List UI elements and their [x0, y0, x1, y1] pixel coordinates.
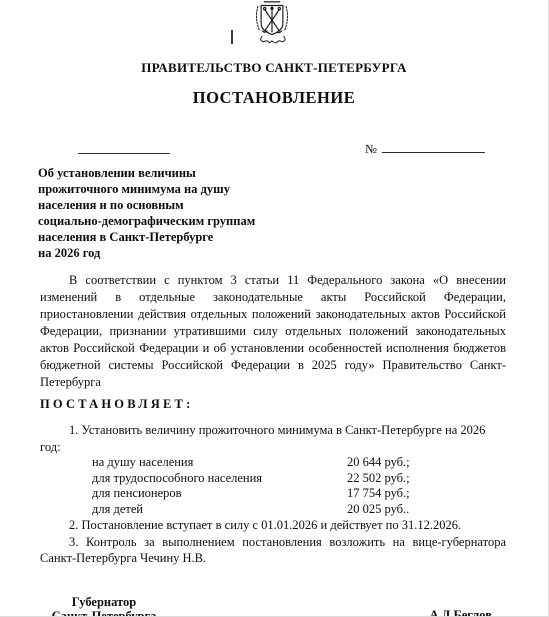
title-line: на 2026 год: [38, 245, 548, 261]
title-line: прожиточного минимума на душу: [38, 181, 548, 197]
item-1: 1. Установить величину прожиточного мини…: [40, 422, 506, 455]
resolves-heading: ПОСТАНОВЛЯЕТ:: [40, 397, 548, 412]
value-amount: 20 025 руб..: [347, 502, 409, 518]
number-group: №: [365, 140, 485, 157]
value-amount: 22 502 руб.;: [347, 471, 410, 487]
text-cursor-icon: [231, 30, 233, 44]
date-number-row: №: [0, 140, 548, 156]
minimum-value-row: для пенсионеров 17 754 руб.;: [92, 486, 506, 502]
title-line: Об установлении величины: [38, 165, 548, 181]
document-page[interactable]: ПРАВИТЕЛЬСТВО САНКТ-ПЕТЕРБУРГА ПОСТАНОВЛ…: [0, 0, 549, 617]
value-label: для пенсионеров: [92, 486, 182, 500]
value-label: для трудоспособного населения: [92, 471, 262, 485]
number-sign: №: [365, 142, 377, 156]
spb-coat-of-arms-icon: [245, 0, 299, 47]
signature-position-line: Губернатор: [48, 595, 160, 610]
title-line: социально-демографическим группам: [38, 213, 548, 229]
document-title: Об установлении величины прожиточного ми…: [38, 165, 548, 261]
signature-name: А.Д.Беглов: [430, 608, 492, 617]
item-3: 3. Контроль за выполнением постановления…: [40, 534, 506, 567]
title-line: населения в Санкт-Петербурге: [38, 229, 548, 245]
value-amount: 17 754 руб.;: [347, 486, 410, 502]
minimum-value-row: для детей 20 025 руб..: [92, 502, 506, 518]
minimum-value-row: для трудоспособного населения 22 502 руб…: [92, 471, 506, 487]
value-label: для детей: [92, 502, 143, 516]
signature-block: Губернатор Санкт-Петербурга А.Д.Беглов: [0, 595, 548, 617]
preamble-paragraph: В соответствии с пунктом 3 статьи 11 Фед…: [40, 272, 506, 391]
date-blank-line[interactable]: [78, 141, 170, 154]
minimum-value-row: на душу населения 20 644 руб.;: [92, 455, 506, 471]
item-2: 2. Постановление вступает в силу с 01.01…: [40, 517, 506, 534]
title-line: населения и по основным: [38, 197, 548, 213]
signature-position: Губернатор Санкт-Петербурга: [48, 595, 160, 617]
signature-position-line: Санкт-Петербурга: [48, 609, 160, 617]
number-blank-line[interactable]: [382, 140, 485, 153]
value-amount: 20 644 руб.;: [347, 455, 410, 471]
document-type-heading: ПОСТАНОВЛЕНИЕ: [0, 88, 548, 108]
value-label: на душу населения: [92, 455, 193, 469]
